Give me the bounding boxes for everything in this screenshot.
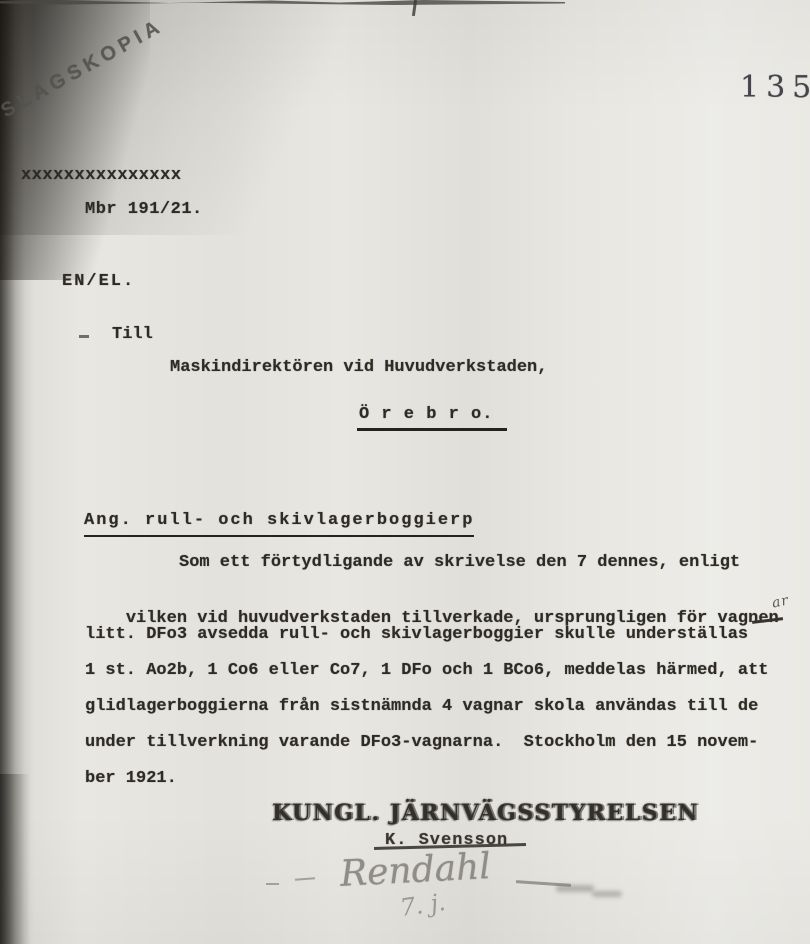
body-line: glidlagerboggierna från sistnämnda 4 vag…: [85, 697, 758, 717]
page-number: 135: [740, 70, 810, 105]
scanned-letter-page: MSLAGSKOPIA 135 xxxxxxxxxxxxxxx Mbr 191/…: [0, 0, 810, 944]
dash-mark: [79, 335, 89, 338]
pencil-smudge: [556, 885, 594, 892]
crossed-out-row: xxxxxxxxxxxxxxx: [21, 166, 182, 186]
pencil-mark: [295, 877, 315, 880]
body-line: litt. DFo3 avsedda rull- och skivlagerbo…: [85, 625, 748, 645]
body-line: under tillverkning varande DFo3-vagnarna…: [85, 733, 758, 753]
body-line: ber 1921.: [85, 769, 177, 789]
reference-number: Mbr 191/21.: [85, 200, 203, 220]
body-line: Som ett förtydligande av skrivelse den 7…: [179, 553, 740, 573]
salutation: Till: [112, 325, 153, 345]
subject-line: Ang. rull- och skivlagerboggierp: [84, 511, 474, 537]
recipient-line: Maskindirektören vid Huvudverkstaden,: [170, 358, 547, 378]
pencil-mark: [266, 883, 279, 885]
struck-out-text: enar: [758, 609, 778, 629]
handwritten-initials: 7. j.: [398, 888, 447, 922]
scan-bottom-edge: [0, 774, 30, 944]
handwritten-correction: ar: [770, 590, 791, 613]
handwritten-signature: Rendahl: [339, 846, 492, 895]
organization-stamp: KUNGL. JÄRNVÄGSSTYRELSEN: [272, 800, 699, 826]
recipient-city: Ö r e b r o.: [357, 405, 507, 431]
sender-initials: EN/EL.: [62, 272, 135, 292]
body-line: 1 st. Ao2b, 1 Co6 eller Co7, 1 DFo och 1…: [85, 661, 769, 681]
pencil-smudge: [592, 891, 622, 897]
